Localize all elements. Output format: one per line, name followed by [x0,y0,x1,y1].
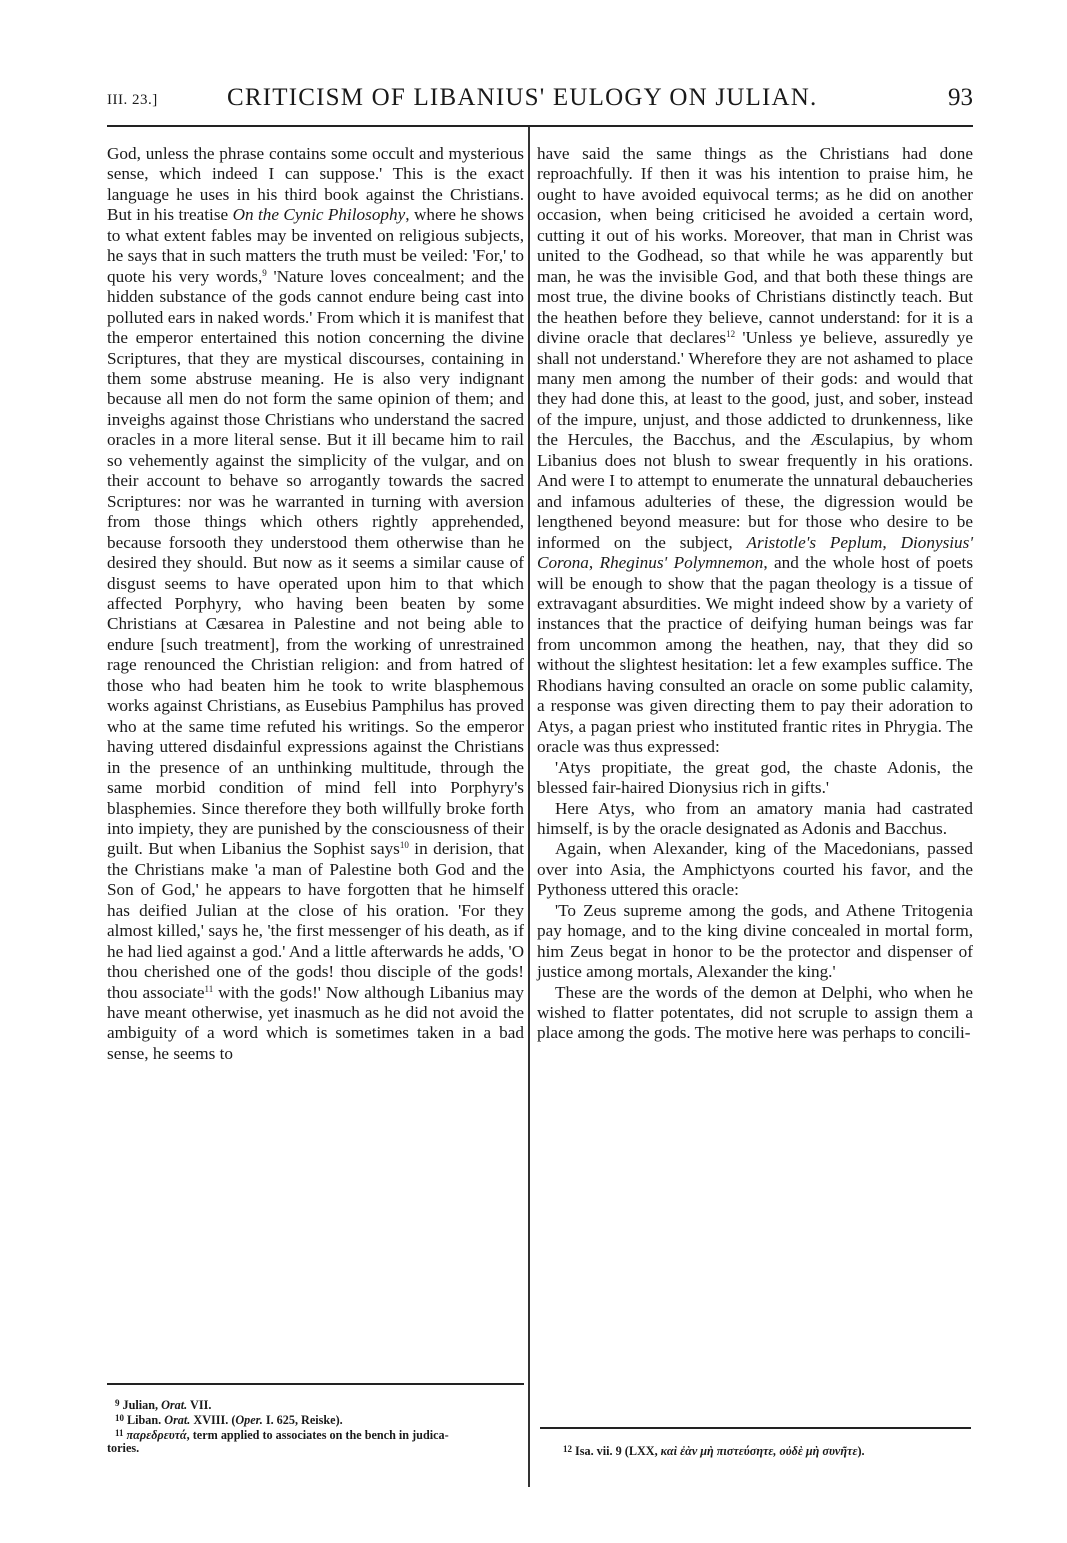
text-run: Orat. [161,1398,187,1412]
text-run: παρεδρευτά [127,1428,187,1442]
text-run: καὶ ἐὰν μὴ πιστεύσητε, οὐδὲ μὴ συνῆτε [661,1444,858,1458]
text-run: have said the same things as the Christi… [537,144,973,347]
text-run: VII. [187,1398,211,1412]
paragraph: Again, when Alexander, king of the Maced… [537,839,973,900]
footnote-ref-12[interactable]: 12 [726,329,735,339]
footnote-number: 12 [563,1444,572,1454]
footnote-12: 12Isa. vii. 9 (LXX, καὶ ἐὰν μὴ πιστεύσητ… [555,1443,975,1458]
footnote-number: 11 [115,1428,124,1438]
text-run: I. 625, Reiske). [263,1413,343,1427]
paragraph: have said the same things as the Christi… [537,144,973,758]
paragraph: God, unless the phrase contains some occ… [107,144,524,1064]
left-column: God, unless the phrase contains some occ… [107,144,524,1064]
page-title: CRITICISM OF LIBANIUS' EULOGY ON JULIAN. [227,84,927,112]
footnote-ref-11[interactable]: 11 [205,984,214,994]
oracle-quote: 'To Zeus supreme among the gods, and Ath… [537,901,973,983]
footnote-10: 10Liban. Orat. XVIII. (Oper. I. 625, Rei… [107,1412,527,1427]
work-title: Aristotle's Peplum [747,533,883,552]
text-run: , term applied to associates on the benc… [187,1428,449,1442]
work-title: Rheginus' Polymnemon [600,553,764,572]
header-rule [107,125,973,127]
text-run: 'Nature loves concealment; and the hidde… [107,267,524,859]
work-title: On the Cynic Philosophy [233,205,406,224]
text-run: Liban. [127,1413,164,1427]
footnote-number: 9 [115,1398,120,1408]
footnote-rule [540,1427,971,1429]
footnote-11-cont: tories. [107,1442,527,1455]
column-divider [528,127,530,1487]
text-run: , [882,533,900,552]
text-run: , [589,553,600,572]
page-number: 93 [948,84,973,112]
footnotes-right: 12Isa. vii. 9 (LXX, καὶ ἐὰν μὴ πιστεύσητ… [555,1443,975,1458]
text-run: Oper. [235,1413,262,1427]
footnote-number: 10 [115,1413,124,1423]
text-run: , and the whole host of poets will be en… [537,553,973,756]
right-column: have said the same things as the Christi… [537,144,973,1044]
footnote-ref-10[interactable]: 10 [400,840,409,850]
text-run: Julian, [123,1398,162,1412]
text-run: ). [857,1444,864,1458]
footnote-11: 11παρεδρευτά, term applied to associates… [107,1427,527,1442]
text-run: Orat. [164,1413,190,1427]
text-run: 'Unless ye believe, assuredly ye shall n… [537,328,973,552]
footnote-9: 9Julian, Orat. VII. [107,1397,527,1412]
footnotes-left: 9Julian, Orat. VII. 10Liban. Orat. XVIII… [107,1397,527,1455]
running-header: III. 23.] CRITICISM OF LIBANIUS' EULOGY … [107,84,973,118]
paragraph: Here Atys, who from an amatory mania had… [537,799,973,840]
text-run: XVIII. ( [190,1413,235,1427]
text-run: Isa. vii. 9 (LXX, [575,1444,661,1458]
section-reference: III. 23.] [107,92,158,109]
paragraph: These are the words of the demon at Delp… [537,983,973,1044]
text-run: in derision, that the Christians make 'a… [107,839,524,1001]
footnote-rule [107,1383,524,1385]
oracle-quote: 'Atys propitiate, the great god, the cha… [537,758,973,799]
